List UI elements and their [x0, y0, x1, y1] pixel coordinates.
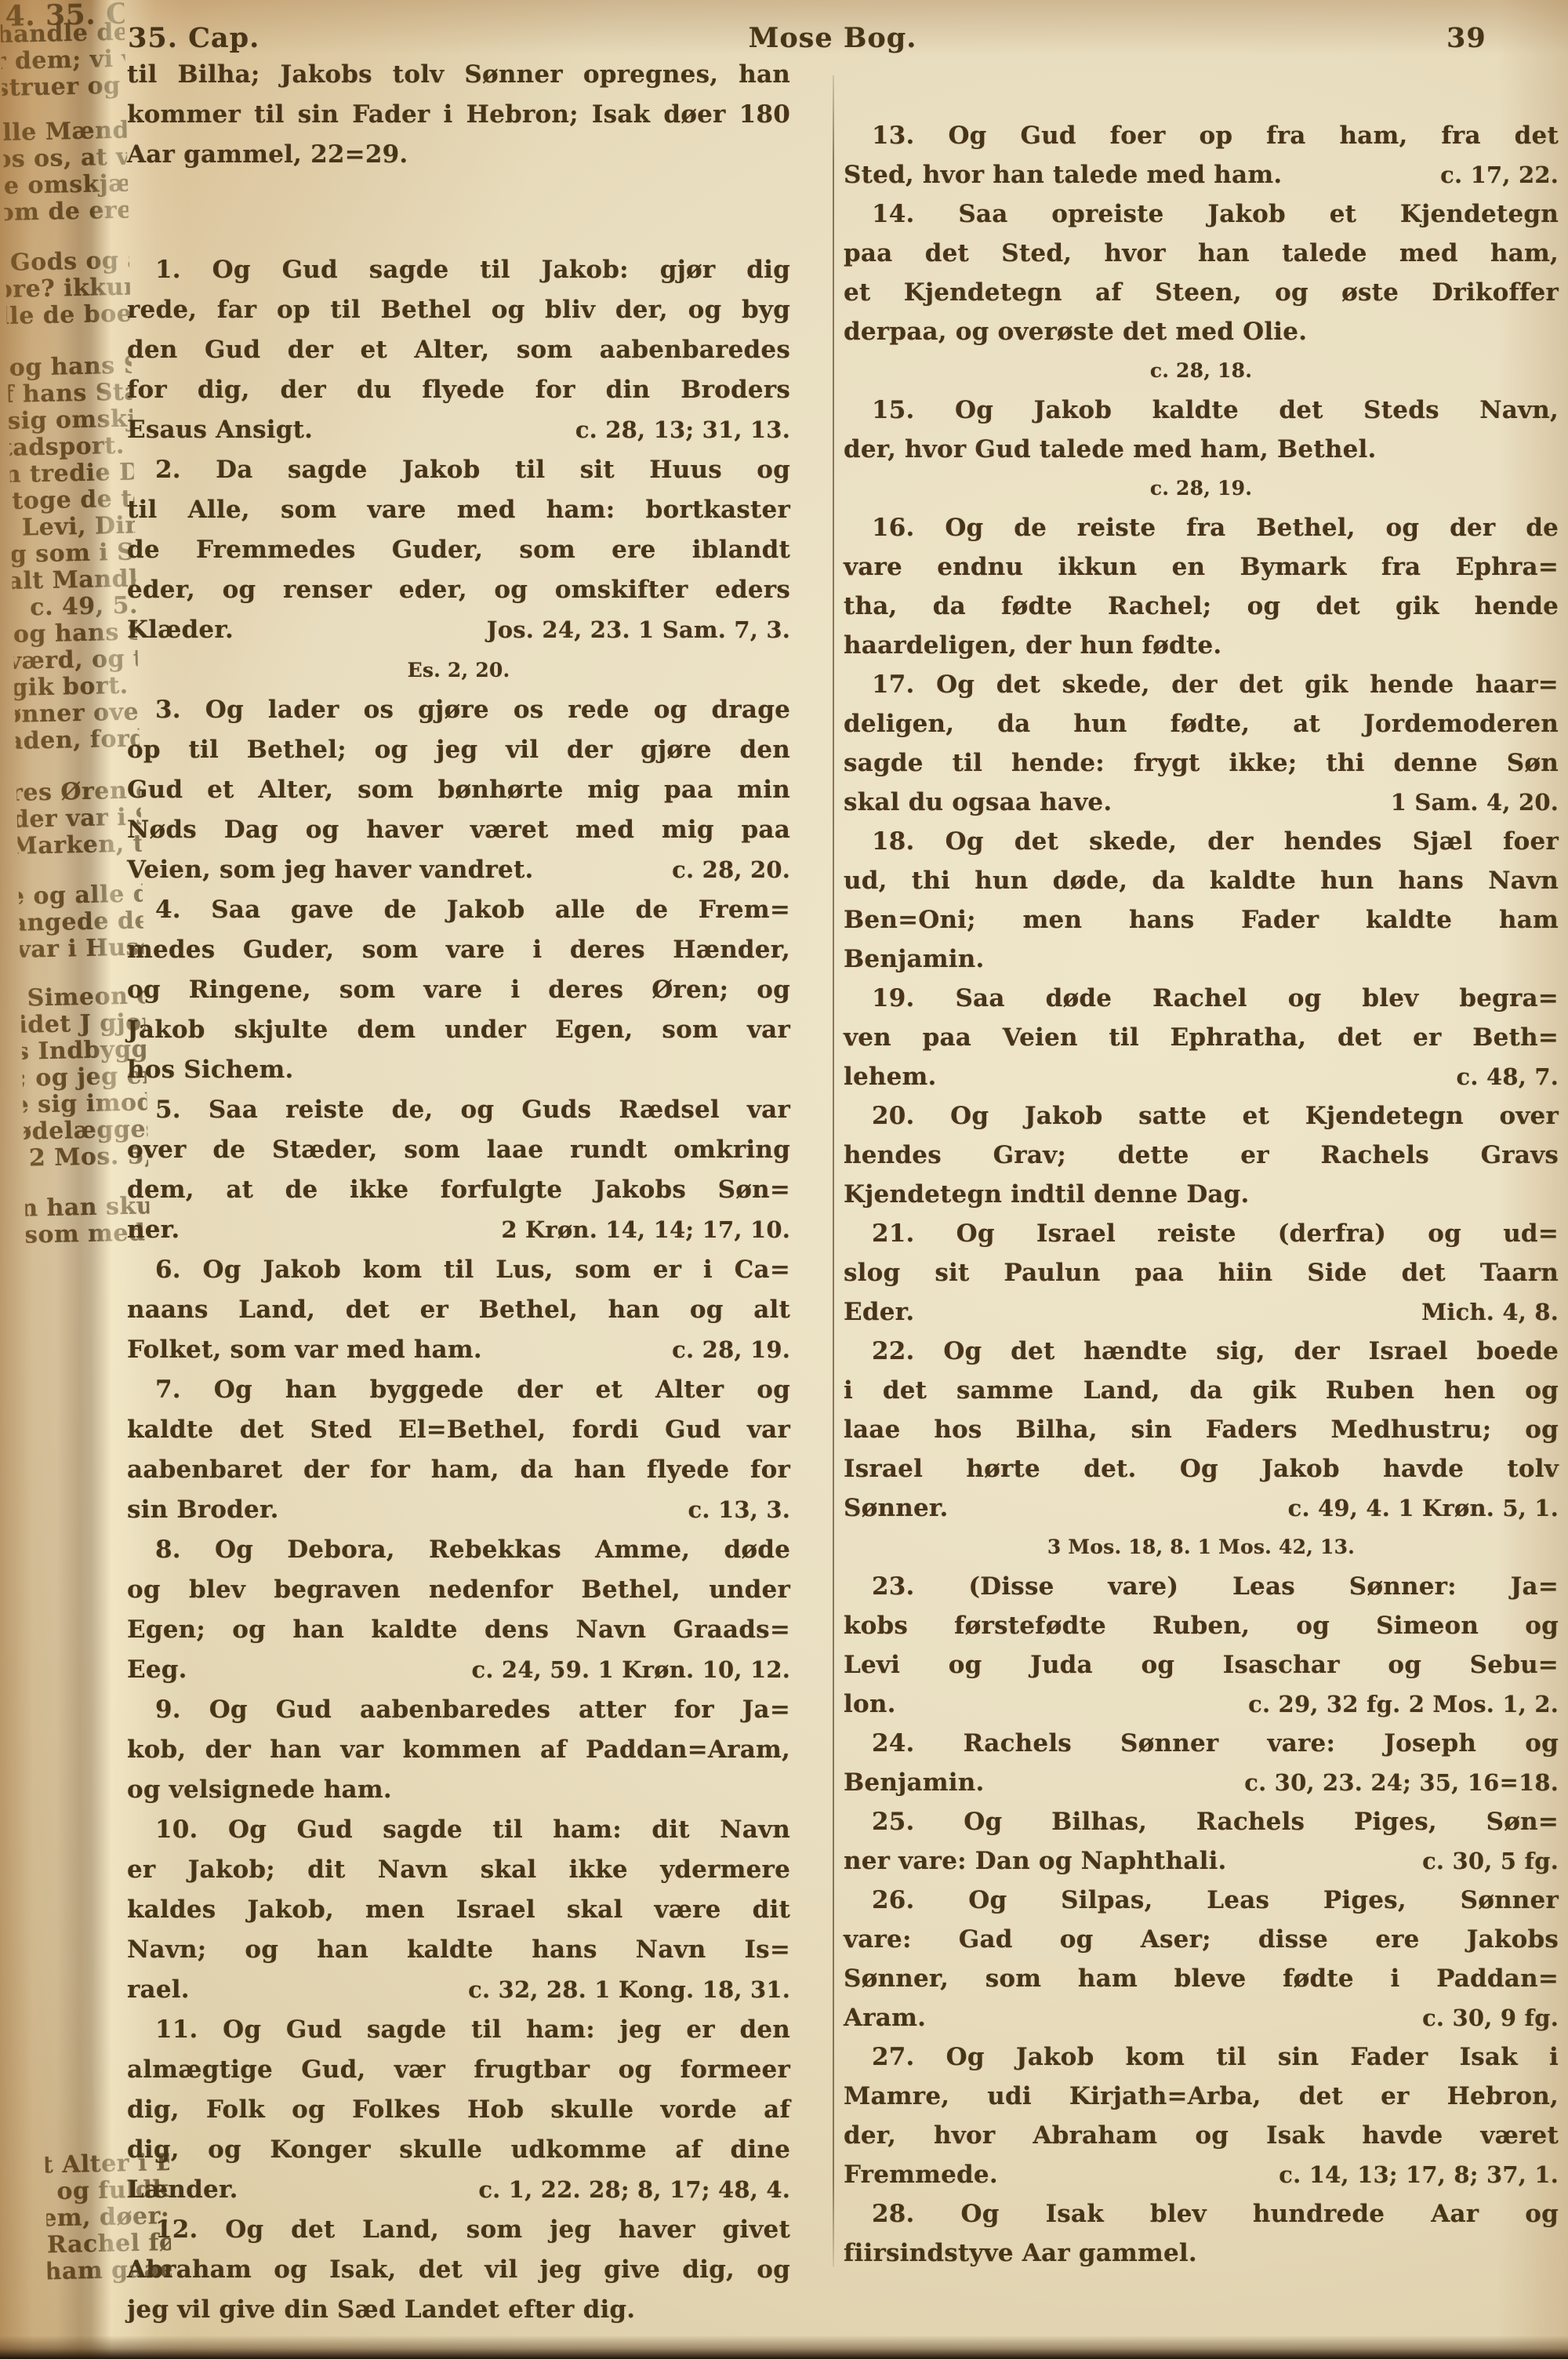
- text-line: Jakob skjulte dem under Egen, som var: [127, 1010, 790, 1050]
- margin-fragment: ille Mænde: [0, 116, 145, 147]
- verse-4: 4. Saa gave de Jakob alle de Frem=medes …: [127, 890, 790, 1090]
- cross-reference: c. 32, 28. 1 Kong. 18, 31.: [468, 1970, 790, 2010]
- text-line: 19. Saa døde Rachel og blev begra=: [844, 979, 1559, 1018]
- text-line: sagde til hende: frygt ikke; thi denne S…: [844, 743, 1559, 783]
- centered-cross-reference: Es. 2, 20.: [127, 650, 790, 690]
- text-line: 20. Og Jakob satte et Kjendetegn over: [844, 1096, 1559, 1136]
- text-line: rael.c. 32, 28. 1 Kong. 18, 31.: [127, 1970, 790, 2010]
- text-line: 27. Og Jakob kom til sin Fader Isak i: [844, 2037, 1559, 2077]
- chapter-heading: 35. Cap.: [128, 22, 260, 54]
- text-line: 4. Saa gave de Jakob alle de Frem=: [127, 890, 790, 930]
- text-line: over de Stæder, som laae rundt omkring: [127, 1130, 790, 1170]
- text-line: 14. Saa opreiste Jakob et Kjendetegn: [844, 194, 1559, 234]
- text-line: sin Broder.c. 13, 3.: [127, 1490, 790, 1530]
- cross-reference: c. 48, 7.: [1457, 1057, 1559, 1096]
- right-column: 13. Og Gud foer op fra ham, fra detSted,…: [844, 116, 1559, 2273]
- verse-3: 3. Og lader os gjøre os rede og drageop …: [127, 690, 790, 890]
- text-line: Benjamin.: [844, 940, 1559, 979]
- text-line: og velsignede ham.: [127, 1770, 790, 1810]
- cross-reference: c. 28, 13; 31, 13.: [575, 410, 790, 450]
- text-line: 21. Og Israel reiste (derfra) og ud=: [844, 1214, 1559, 1253]
- text-line: Aram.c. 30, 9 fg.: [844, 1998, 1559, 2037]
- verse-19: 19. Saa døde Rachel og blev begra=ven pa…: [844, 979, 1559, 1096]
- verse-tail: lon.: [844, 1685, 896, 1724]
- verse-tail: Sønner.: [844, 1488, 949, 1528]
- text-line: lon.c. 29, 32 fg. 2 Mos. 1, 2.: [844, 1685, 1559, 1724]
- cross-reference: c. 29, 32 fg. 2 Mos. 1, 2.: [1248, 1685, 1559, 1724]
- verse-25: 25. Og Bilhas, Rachels Piges, Søn=ner va…: [844, 1802, 1559, 1881]
- text-line: hos Sichem.: [127, 1050, 790, 1090]
- verse-tail: Lænder.: [127, 2170, 238, 2210]
- text-line: kob, der han var kommen af Paddan=Aram,: [127, 1730, 790, 1770]
- verse-10: 10. Og Gud sagde til ham: dit Navner Jak…: [127, 1810, 790, 2010]
- page-number: 39: [1446, 22, 1486, 54]
- text-line: kaldte det Sted El=Bethel, fordi Gud var: [127, 1410, 790, 1450]
- verse-tail: rael.: [127, 1970, 190, 2010]
- text-line: haardeligen, der hun fødte.: [844, 626, 1559, 665]
- text-line: fiirsindstyve Aar gammel.: [844, 2234, 1559, 2273]
- text-line: 12. Og det Land, som jeg haver givet: [127, 2210, 790, 2250]
- margin-fragment: tadsport.: [2, 432, 125, 462]
- text-line: jeg vil give din Sæd Landet efter dig.: [127, 2290, 790, 2330]
- verse-8: 8. Og Debora, Rebekkas Amme, dødeog blev…: [127, 1530, 790, 1690]
- text-line: Abraham og Isak, det vil jeg give dig, o…: [127, 2250, 790, 2290]
- text-line: 16. Og de reiste fra Bethel, og der de: [844, 508, 1559, 547]
- verse-tail: Fremmede.: [844, 2155, 998, 2194]
- text-line: der, hvor Gud talede med ham, Bethel.: [844, 430, 1559, 469]
- text-line: 17. Og det skede, der det gik hende haar…: [844, 665, 1559, 704]
- text-line: 9. Og Gud aabenbaredes atter for Ja=: [127, 1690, 790, 1730]
- text-line: Israel hørte det. Og Jakob havde tolv: [844, 1449, 1559, 1488]
- text-line: naans Land, det er Bethel, han og alt: [127, 1290, 790, 1330]
- text-line: deligen, da hun fødte, at Jordemoderen: [844, 704, 1559, 743]
- cross-reference: c. 13, 3.: [688, 1490, 790, 1530]
- margin-fragment: gik bort.: [11, 672, 129, 702]
- text-line: medes Guder, som vare i deres Hænder,: [127, 930, 790, 970]
- verse-tail: Klæder.: [127, 610, 234, 650]
- centered-cross-reference: c. 28, 19.: [844, 469, 1559, 508]
- cross-reference: c. 30, 5 fg.: [1422, 1841, 1559, 1881]
- cross-reference: c. 1, 22. 28; 8, 17; 48, 4.: [478, 2170, 790, 2210]
- verse-tail: ner vare: Dan og Naphthali.: [844, 1841, 1227, 1881]
- text-line: kaldes Jakob, men Israel skal være dit: [127, 1890, 790, 1930]
- text-line: 13. Og Gud foer op fra ham, fra det: [844, 116, 1559, 155]
- text-line: skal du ogsaa have.1 Sam. 4, 20.: [844, 783, 1559, 822]
- text-line: til Alle, som vare med ham: bortkaster: [127, 490, 790, 530]
- cross-reference: 1 Sam. 4, 20.: [1391, 783, 1559, 822]
- text-line: Veien, som jeg haver vandret.c. 28, 20.: [127, 850, 790, 890]
- text-line: Kjendetegn indtil denne Dag.: [844, 1175, 1559, 1214]
- text-line: 11. Og Gud sagde til ham: jeg er den: [127, 2010, 790, 2050]
- text-line: 23. (Disse vare) Leas Sønner: Ja=: [844, 1567, 1559, 1606]
- text-line: rede, far op til Bethel og bliv der, og …: [127, 290, 790, 330]
- verse-15: 15. Og Jakob kaldte det Steds Navn,der, …: [844, 391, 1559, 469]
- text-line: kommer til sin Fader i Hebron; Isak døer…: [127, 95, 790, 135]
- text-line: og blev begraven nedenfor Bethel, under: [127, 1570, 790, 1610]
- verse-5: 5. Saa reiste de, og Guds Rædsel varover…: [127, 1090, 790, 1250]
- text-line: tha, da fødte Rachel; og det gik hende: [844, 587, 1559, 626]
- text-line: Aar gammel, 22=29.: [127, 135, 790, 175]
- text-line: for dig, der du flyede for din Broders: [127, 370, 790, 410]
- cross-reference: c. 28, 20.: [672, 850, 790, 890]
- text-line: til Bilha; Jakobs tolv Sønner opregnes, …: [127, 55, 790, 95]
- text-line: Sønner, som ham bleve fødte i Paddan=: [844, 1959, 1559, 1998]
- verse-tail: Esaus Ansigt.: [127, 410, 313, 450]
- text-line: 25. Og Bilhas, Rachels Piges, Søn=: [844, 1802, 1559, 1841]
- centered-cross-reference: c. 28, 18.: [844, 351, 1559, 391]
- text-line: 24. Rachels Sønner vare: Joseph og: [844, 1724, 1559, 1763]
- text-line: den Gud der et Alter, som aabenbaredes: [127, 330, 790, 370]
- cross-reference: 2 Krøn. 14, 14; 17, 10.: [501, 1210, 790, 1250]
- text-line: er Jakob; dit Navn skal ikke ydermere: [127, 1850, 790, 1890]
- centered-cross-reference: 3 Mos. 18, 8. 1 Mos. 42, 13.: [844, 1528, 1559, 1567]
- text-line: laae hos Bilha, sin Faders Medhustru; og: [844, 1410, 1559, 1449]
- cross-reference: c. 24, 59. 1 Krøn. 10, 12.: [471, 1650, 790, 1690]
- verse-21: 21. Og Israel reiste (derfra) og ud=slog…: [844, 1214, 1559, 1332]
- text-line: Sønner.c. 49, 4. 1 Krøn. 5, 1.: [844, 1488, 1559, 1528]
- text-line: Levi og Juda og Isaschar og Sebu=: [844, 1645, 1559, 1685]
- verse-tail: sin Broder.: [127, 1490, 279, 1530]
- chapter-summary: til Bilha; Jakobs tolv Sønner opregnes, …: [127, 55, 790, 175]
- text-line: ner.2 Krøn. 14, 14; 17, 10.: [127, 1210, 790, 1250]
- margin-fragment: Levi, Din: [22, 511, 143, 541]
- text-line: derpaa, og overøste det med Olie.: [844, 312, 1559, 351]
- text-line: op til Bethel; og jeg vil der gjøre den: [127, 730, 790, 770]
- text-line: kobs førstefødte Ruben, og Simeon og: [844, 1606, 1559, 1645]
- verse-27: 27. Og Jakob kom til sin Fader Isak iMam…: [844, 2037, 1559, 2194]
- text-line: Klæder.Jos. 24, 23. 1 Sam. 7, 3.: [127, 610, 790, 650]
- verse-tail: Eder.: [844, 1292, 914, 1332]
- text-line: Lænder.c. 1, 22. 28; 8, 17; 48, 4.: [127, 2170, 790, 2210]
- book-title: Mose Bog.: [749, 22, 917, 54]
- text-line: et Kjendetegn af Steen, og øste Drikoffe…: [844, 273, 1559, 312]
- text-line: Gud et Alter, som bønhørte mig paa min: [127, 770, 790, 810]
- text-line: de Fremmedes Guder, som ere iblandt: [127, 530, 790, 570]
- text-line: 5. Saa reiste de, og Guds Rædsel var: [127, 1090, 790, 1130]
- verse-23: 23. (Disse vare) Leas Sønner: Ja=kobs fø…: [844, 1567, 1559, 1724]
- text-line: 26. Og Silpas, Leas Piges, Sønner: [844, 1881, 1559, 1920]
- text-line: 1. Og Gud sagde til Jakob: gjør dig: [127, 250, 790, 290]
- verse-16: 16. Og de reiste fra Bethel, og der deva…: [844, 508, 1559, 665]
- verse-14: 14. Saa opreiste Jakob et Kjendetegnpaa …: [844, 194, 1559, 351]
- verse-11: 11. Og Gud sagde til ham: jeg er denalmæ…: [127, 2010, 790, 2210]
- text-line: dig, og Konger skulle udkomme af dine: [127, 2130, 790, 2170]
- text-line: dem, at de ikke forfulgte Jakobs Søn=: [127, 1170, 790, 1210]
- margin-fragment: ore? ikkun: [0, 273, 142, 304]
- text-line: Egen; og han kaldte dens Navn Graads=: [127, 1610, 790, 1650]
- margin-fragment: r dem; vi vi: [0, 45, 146, 75]
- text-line: Esaus Ansigt.c. 28, 13; 31, 13.: [127, 410, 790, 450]
- cross-reference: c. 49, 4. 1 Krøn. 5, 1.: [1288, 1488, 1559, 1528]
- photo-bottom-edge: [0, 2335, 1568, 2359]
- text-line: slog sit Paulun paa hiin Side det Taarn: [844, 1253, 1559, 1292]
- verse-tail: Eeg.: [127, 1650, 187, 1690]
- verse-tail: Folket, som var med ham.: [127, 1330, 482, 1370]
- text-line: eder, og renser eder, og omskifter eders: [127, 570, 790, 610]
- cross-reference: c. 17, 22.: [1440, 155, 1559, 194]
- text-line: Ben=Oni; men hans Fader kaldte ham: [844, 900, 1559, 940]
- verse-22: 22. Og det hændte sig, der Israel boedei…: [844, 1332, 1559, 1528]
- cross-reference: Jos. 24, 23. 1 Sam. 7, 3.: [487, 610, 790, 650]
- book-photo: 4. 35. Chandle derur dem; vi vistruer og…: [0, 0, 1568, 2359]
- text-line: ven paa Veien til Ephratha, det er Beth=: [844, 1018, 1559, 1057]
- text-line: 28. Og Isak blev hundrede Aar og: [844, 2194, 1559, 2234]
- margin-fragment: g som i St: [9, 538, 146, 569]
- verse-28: 28. Og Isak blev hundrede Aar ogfiirsind…: [844, 2194, 1559, 2273]
- text-line: ud, thi hun døde, da kaldte hun hans Nav…: [844, 861, 1559, 900]
- text-line: 6. Og Jakob kom til Lus, som er i Ca=: [127, 1250, 790, 1290]
- text-line: dig, Folk og Folkes Hob skulle vorde af: [127, 2090, 790, 2130]
- cross-reference: c. 30, 9 fg.: [1422, 1998, 1559, 2037]
- text-line: 22. Og det hændte sig, der Israel boede: [844, 1332, 1559, 1371]
- verse-tail: Aram.: [844, 1998, 926, 2037]
- text-line: 2. Da sagde Jakob til sit Huus og: [127, 450, 790, 490]
- text-line: aabenbaret der for ham, da han flyede fo…: [127, 1450, 790, 1490]
- text-line: 10. Og Gud sagde til ham: dit Navn: [127, 1810, 790, 1850]
- verse-24: 24. Rachels Sønner vare: Joseph ogBenjam…: [844, 1724, 1559, 1802]
- verse-tail: Benjamin.: [844, 1763, 984, 1802]
- text-line: 18. Og det skede, der hendes Sjæl foer: [844, 822, 1559, 861]
- text-line: i det samme Land, da gik Ruben hen og: [844, 1371, 1559, 1410]
- verse-13: 13. Og Gud foer op fra ham, fra detSted,…: [844, 116, 1559, 194]
- verse-12: 12. Og det Land, som jeg haver givetAbra…: [127, 2210, 790, 2330]
- verse-20: 20. Og Jakob satte et Kjendetegn overhen…: [844, 1096, 1559, 1214]
- text-line: 8. Og Debora, Rebekkas Amme, døde: [127, 1530, 790, 1570]
- verse-tail: lehem.: [844, 1057, 937, 1096]
- text-line: Eder.Mich. 4, 8.: [844, 1292, 1559, 1332]
- text-line: 3. Og lader os gjøre os rede og drage: [127, 690, 790, 730]
- verse-2: 2. Da sagde Jakob til sit Huus ogtil All…: [127, 450, 790, 650]
- text-line: Nøds Dag og haver været med mig paa: [127, 810, 790, 850]
- cross-reference: c. 14, 13; 17, 8; 37, 1.: [1279, 2155, 1559, 2194]
- cross-reference: c. 30, 23. 24; 35, 16=18.: [1244, 1763, 1559, 1802]
- verse-17: 17. Og det skede, der det gik hende haar…: [844, 665, 1559, 822]
- cross-reference: c. 28, 19.: [672, 1330, 790, 1370]
- text-line: Fremmede.c. 14, 13; 17, 8; 37, 1.: [844, 2155, 1559, 2194]
- verse-tail: ner.: [127, 1210, 180, 1250]
- verse-26: 26. Og Silpas, Leas Piges, Sønnervare: G…: [844, 1881, 1559, 2037]
- text-line: ner vare: Dan og Naphthali.c. 30, 5 fg.: [844, 1841, 1559, 1881]
- text-line: vare: Gad og Aser; disse ere Jakobs: [844, 1920, 1559, 1959]
- text-line: Folket, som var med ham.c. 28, 19.: [127, 1330, 790, 1370]
- verse-7: 7. Og han byggede der et Alter ogkaldte …: [127, 1370, 790, 1530]
- text-line: almægtige Gud, vær frugtbar og formeer: [127, 2050, 790, 2090]
- text-line: Benjamin.c. 30, 23. 24; 35, 16=18.: [844, 1763, 1559, 1802]
- verse-6: 6. Og Jakob kom til Lus, som er i Ca=naa…: [127, 1250, 790, 1370]
- text-line: paa det Sted, hvor han talede med ham,: [844, 234, 1559, 273]
- text-line: lehem.c. 48, 7.: [844, 1057, 1559, 1096]
- verse-1: 1. Og Gud sagde til Jakob: gjør digrede,…: [127, 250, 790, 450]
- text-line: og Ringene, som vare i deres Øren; og: [127, 970, 790, 1010]
- column-divider: [833, 75, 834, 2266]
- verse-18: 18. Og det skede, der hendes Sjæl foerud…: [844, 822, 1559, 979]
- text-line: 15. Og Jakob kaldte det Steds Navn,: [844, 391, 1559, 430]
- text-line: der, hvor Abraham og Isak havde været: [844, 2116, 1559, 2155]
- verse-9: 9. Og Gud aabenbaredes atter for Ja=kob,…: [127, 1690, 790, 1810]
- text-line: Sted, hvor han talede med ham.c. 17, 22.: [844, 155, 1559, 194]
- verse-tail: Sted, hvor han talede med ham.: [844, 155, 1282, 194]
- text-line: 7. Og han byggede der et Alter og: [127, 1370, 790, 1410]
- text-line: Eeg.c. 24, 59. 1 Krøn. 10, 12.: [127, 1650, 790, 1690]
- left-column: til Bilha; Jakobs tolv Sønner opregnes, …: [127, 55, 790, 2330]
- verse-tail: skal du ogsaa have.: [844, 783, 1112, 822]
- text-line: hendes Grav; dette er Rachels Gravs: [844, 1136, 1559, 1175]
- text-line: Mamre, udi Kirjath=Arba, det er Hebron,: [844, 2077, 1559, 2116]
- text-line: vare endnu ikkun en Bymark fra Ephra=: [844, 547, 1559, 587]
- verse-tail: Veien, som jeg haver vandret.: [127, 850, 533, 890]
- text-line: Navn; og han kaldte hans Navn Is=: [127, 1930, 790, 1970]
- cross-reference: Mich. 4, 8.: [1421, 1292, 1559, 1332]
